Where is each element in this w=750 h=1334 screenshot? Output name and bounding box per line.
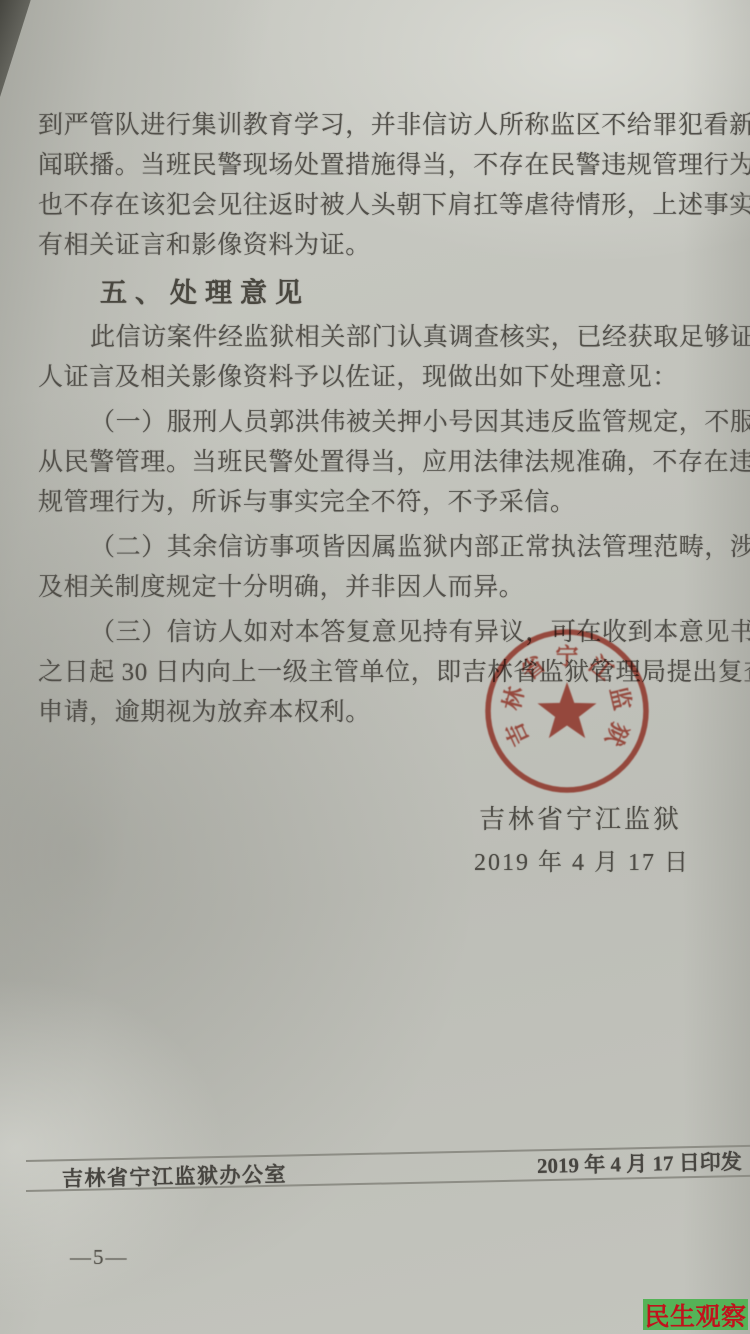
document-photo: 到严管队进行集训教育学习，并非信访人所称监区不给罪犯看新 闻联播。当班民警现场处… [0, 0, 750, 1334]
seal-arc-char: 吉 [501, 718, 533, 749]
text-line: 到严管队进行集训教育学习，并非信访人所称监区不给罪犯看新 [38, 106, 750, 146]
text-line: 闻联播。当班民警现场处置措施得当，不存在民警违规管理行为， [38, 146, 750, 186]
footer-print-date: 2019 年 4 月 17 日印发 [537, 1146, 742, 1180]
watermark-badge: 民生观察 [643, 1299, 748, 1330]
signature-org: 吉林省宁江监狱 [479, 799, 682, 836]
text-line: 从民警管理。当班民警处置得当，应用法律法规准确，不存在违 [38, 443, 750, 483]
signature-date: 2019 年 4 月 17 日 [474, 842, 690, 877]
text-line: （一）服刑人员郭洪伟被关押小号因其违反监管规定，不服 [38, 403, 750, 443]
text-line: 有相关证言和影像资料为证。 [38, 226, 750, 266]
text-line: 也不存在该犯会见往返时被人头朝下肩扛等虐待情形，上述事实 [38, 186, 750, 226]
seal-arc-char: 宁 [556, 644, 579, 669]
seal-arc-char: 狱 [600, 718, 632, 749]
section-heading: 五、处理意见 [38, 273, 750, 313]
text-line: （二）其余信访事项皆因属监狱内部正常执法管理范畴，涉 [38, 528, 750, 568]
seal-arc-char: 省 [516, 651, 550, 685]
page-corner-shadow [0, 0, 32, 116]
seal-arc-char: 监 [605, 684, 636, 712]
seal-star-icon [538, 682, 597, 738]
seal-arc-char: 江 [584, 651, 618, 685]
seal-arc-char: 林 [499, 683, 529, 712]
text-line: 规管理行为，所诉与事实完全不符，不予采信。 [38, 483, 750, 523]
text-line: 及相关制度规定十分明确，并非因人而异。 [38, 568, 750, 608]
footer-issuing-office: 吉林省宁江监狱办公室 [62, 1158, 288, 1193]
text-line: 人证言及相关影像资料予以佐证，现做出如下处理意见： [38, 358, 750, 398]
official-seal-stamp: 吉 林 省 宁 江 监 狱 [482, 626, 652, 796]
text-line: 此信访案件经监狱相关部门认真调查核实，已经获取足够证 [38, 318, 750, 358]
page-number: —5— [70, 1245, 129, 1270]
